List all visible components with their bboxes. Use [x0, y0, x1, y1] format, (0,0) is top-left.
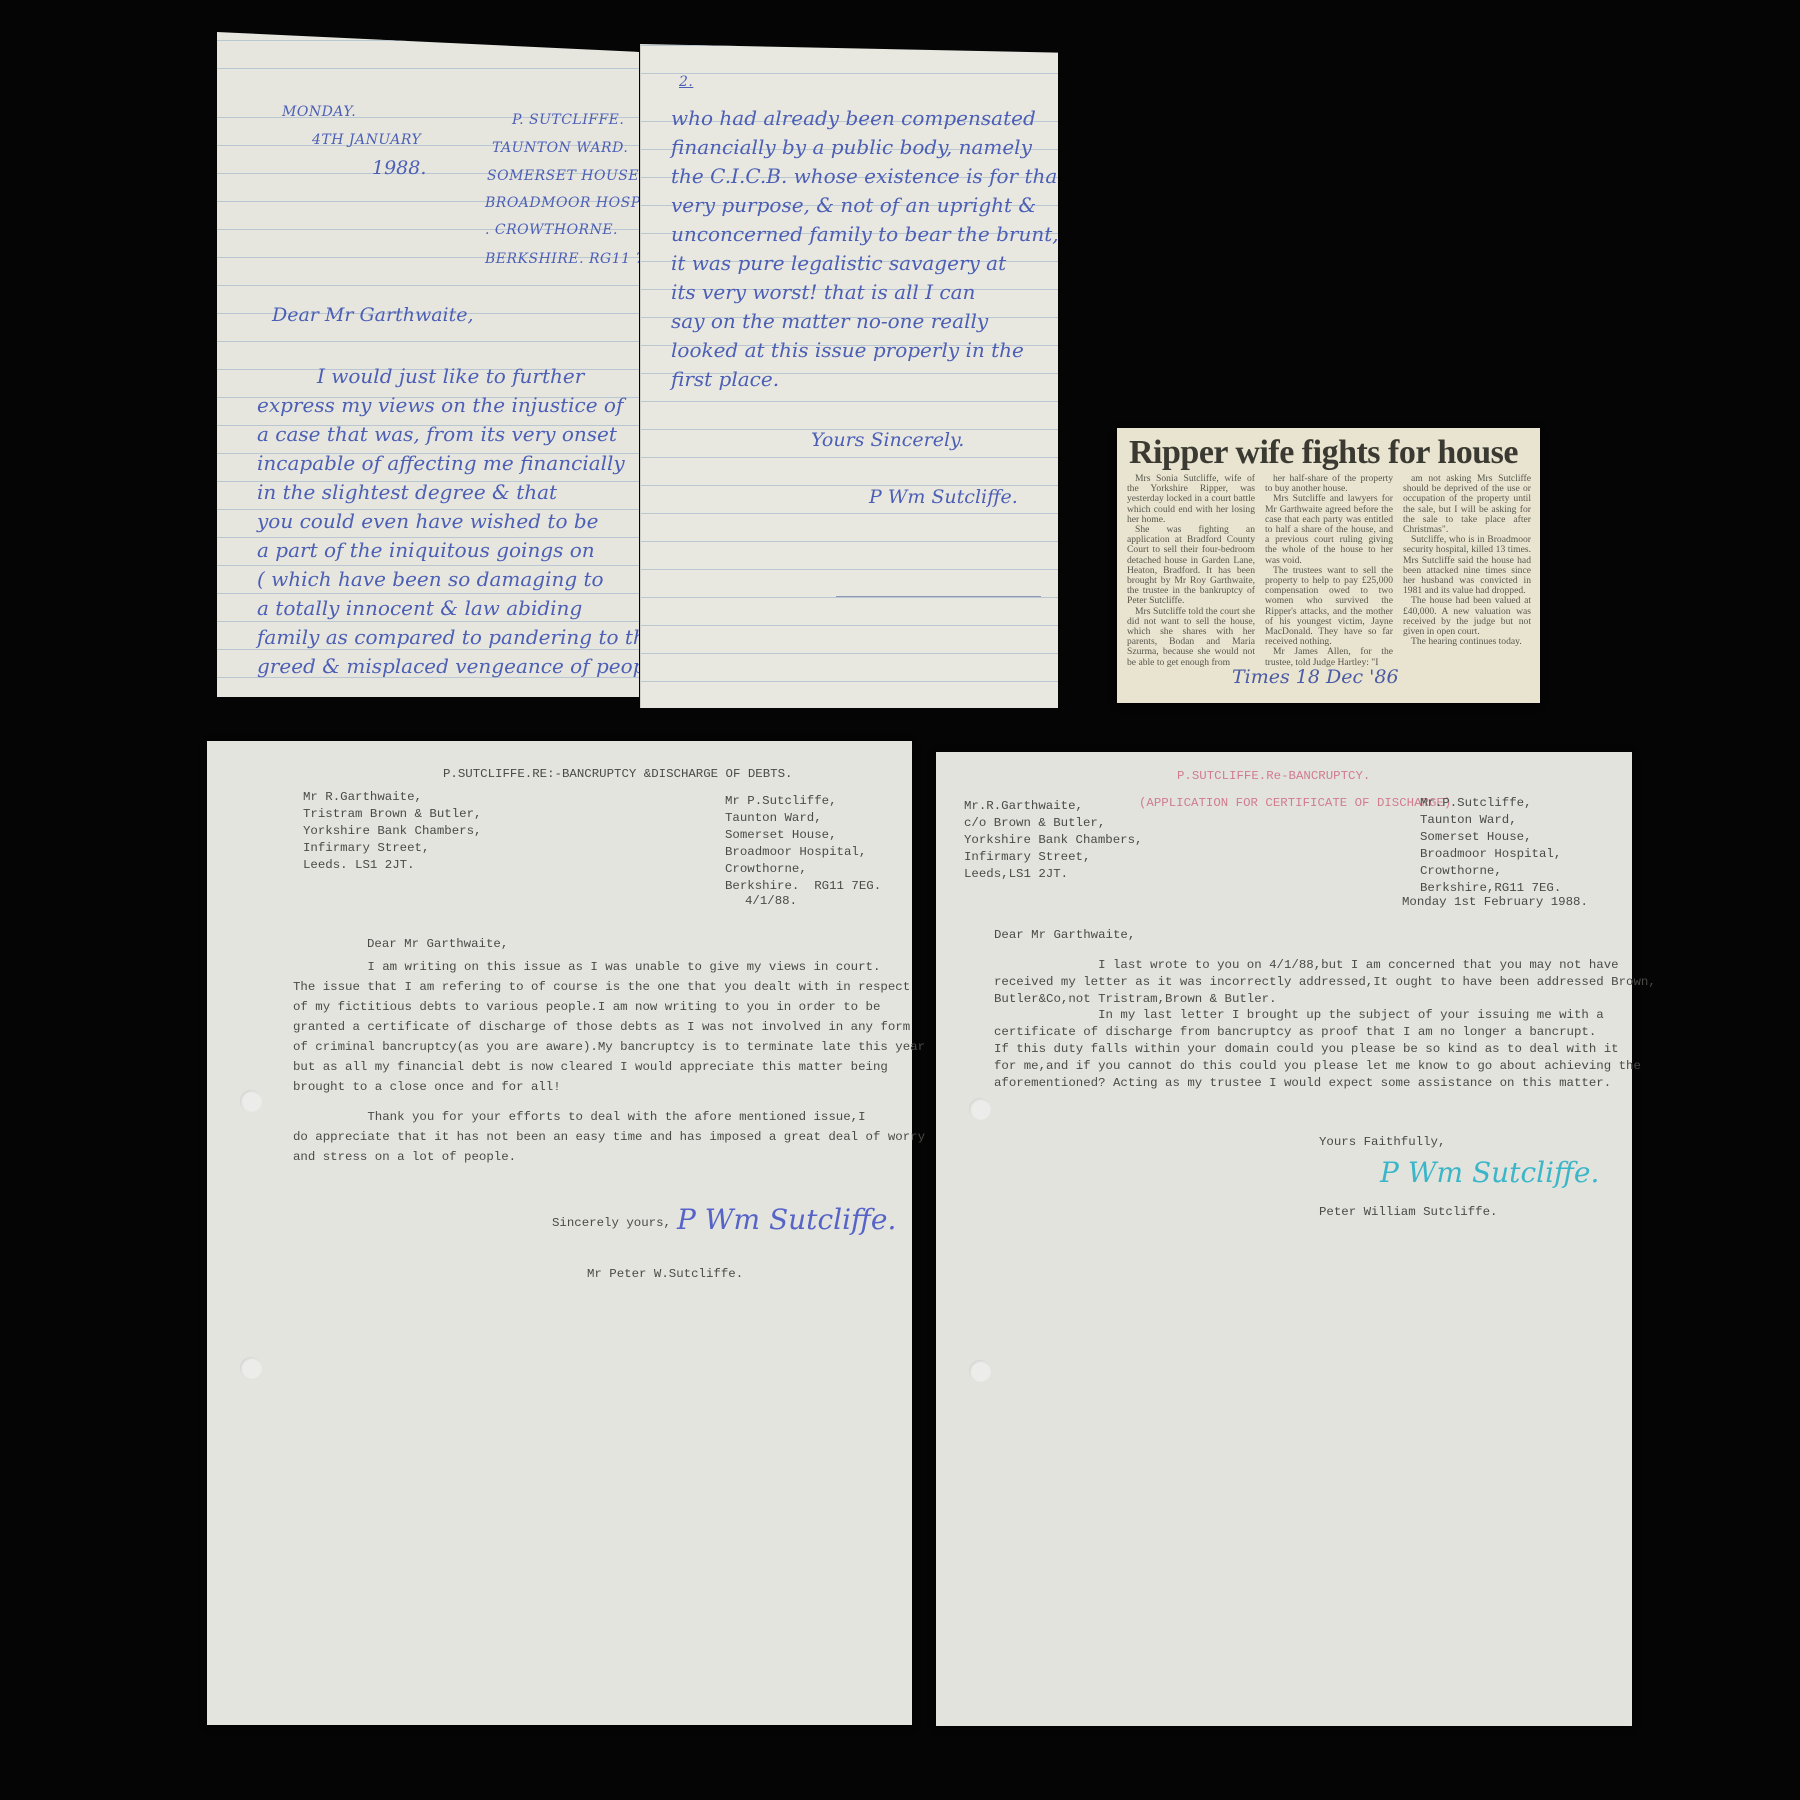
- handwritten-line: say on the matter no-one really: [671, 307, 988, 335]
- handwritten-line: the C.I.C.B. whose existence is for that: [671, 162, 1065, 190]
- sender-address: Mr P.Sutcliffe, Taunton Ward, Somerset H…: [725, 793, 881, 895]
- clipping-column: Mrs Sonia Sutcliffe, wife of the Yorkshi…: [1127, 474, 1255, 668]
- paragraph-2: Thank you for your efforts to deal with …: [293, 1107, 925, 1167]
- punch-hole: [969, 1098, 991, 1120]
- handwritten-letter-page-2: 2. who had already been compensatedfinan…: [640, 44, 1058, 708]
- punch-hole: [969, 1360, 991, 1382]
- handwritten-letter-page-1: MONDAY. 4TH JANUARY 1988. P. SUTCLIFFE. …: [217, 32, 639, 697]
- typed-letter-2: P.SUTCLIFFE.Re-BANCRUPTCY. (APPLICATION …: [936, 752, 1632, 1726]
- paragraph-2: In my last letter I brought up the subje…: [994, 1007, 1641, 1092]
- signature: P Wm Sutcliffe.: [677, 1203, 896, 1236]
- typed-name: Mr Peter W.Sutcliffe.: [587, 1266, 743, 1283]
- salutation: Dear Mr Garthwaite,: [994, 927, 1135, 944]
- handwritten-line: looked at this issue properly in the: [671, 336, 1024, 364]
- letter-date: 4/1/88.: [745, 893, 797, 910]
- handwritten-line: first place.: [671, 365, 779, 393]
- handwritten-line: express my views on the injustice of: [257, 391, 623, 419]
- paragraph-1: I last wrote to you on 4/1/88,but I am c…: [994, 957, 1656, 1008]
- handwritten-line: a case that was, from its very onset: [257, 420, 617, 448]
- paragraph-1: I am writing on this issue as I was unab…: [293, 957, 925, 1097]
- clipping-column: am not asking Mrs Sutcliffe should be de…: [1403, 474, 1531, 668]
- letter-date: Monday 1st February 1988.: [1402, 894, 1588, 911]
- clipping-headline: Ripper wife fights for house: [1129, 434, 1529, 472]
- typed-name: Peter William Sutcliffe.: [1319, 1204, 1497, 1221]
- punch-hole: [240, 1357, 262, 1379]
- recipient-address: Mr R.Garthwaite, Tristram Brown & Butler…: [303, 789, 481, 874]
- handwritten-body-page-1: I would just like to furtherexpress my v…: [217, 32, 639, 697]
- handwritten-line: very purpose, & not of an upright &: [671, 191, 1036, 219]
- handwritten-line: incapable of affecting me financially: [257, 449, 625, 477]
- clipping-column: her half-share of the property to buy an…: [1265, 474, 1393, 668]
- handwritten-line: in the slightest degree & that: [257, 478, 557, 506]
- handwritten-line: unconcerned family to bear the brunt,: [671, 220, 1059, 248]
- punch-hole: [240, 1090, 262, 1112]
- sender-address: Mr.P.Sutcliffe, Taunton Ward, Somerset H…: [1420, 795, 1561, 897]
- handwritten-line: its very worst! that is all I can: [671, 278, 975, 306]
- letter-heading: P.SUTCLIFFE.Re-BANCRUPTCY.: [1177, 768, 1370, 785]
- handwritten-line: a part of the iniquitous goings on: [257, 536, 595, 564]
- newspaper-clipping: Ripper wife fights for house Mrs Sonia S…: [1117, 428, 1540, 703]
- clipping-columns: Mrs Sonia Sutcliffe, wife of the Yorkshi…: [1127, 474, 1531, 668]
- recipient-address: Mr.R.Garthwaite, c/o Brown & Butler, Yor…: [964, 798, 1142, 883]
- letter-heading: P.SUTCLIFFE.RE:-BANCRUPTCY &DISCHARGE OF…: [443, 766, 792, 783]
- handwritten-line: ( which have been so damaging to: [257, 565, 604, 593]
- letter-subheading: (APPLICATION FOR CERTIFICATE OF DISCHARG…: [1139, 795, 1451, 812]
- handwritten-line: family as compared to pandering to the: [257, 623, 658, 651]
- handwritten-line: greed & misplaced vengeance of people: [257, 652, 664, 680]
- signature: P Wm Sutcliffe.: [1380, 1156, 1599, 1189]
- closing: Yours Sincerely.: [811, 429, 964, 451]
- typed-letter-1: P.SUTCLIFFE.RE:-BANCRUPTCY &DISCHARGE OF…: [207, 741, 912, 1725]
- handwritten-line: I would just like to further: [317, 362, 584, 390]
- salutation: Dear Mr Garthwaite,: [367, 936, 508, 953]
- handwritten-body-page-2: who had already been compensatedfinancia…: [641, 44, 1058, 708]
- signature-rule: [836, 596, 1041, 597]
- handwritten-line: you could even have wished to be: [257, 507, 599, 535]
- clipping-handwritten-note: Times 18 Dec '86: [1232, 666, 1399, 688]
- closing: Sincerely yours,: [552, 1215, 671, 1232]
- signature: P Wm Sutcliffe.: [869, 486, 1018, 508]
- handwritten-line: who had already been compensated: [671, 104, 1036, 132]
- closing: Yours Faithfully,: [1319, 1134, 1445, 1151]
- handwritten-line: it was pure legalistic savagery at: [671, 249, 1006, 277]
- handwritten-line: financially by a public body, namely: [671, 133, 1032, 161]
- handwritten-line: a totally innocent & law abiding: [257, 594, 582, 622]
